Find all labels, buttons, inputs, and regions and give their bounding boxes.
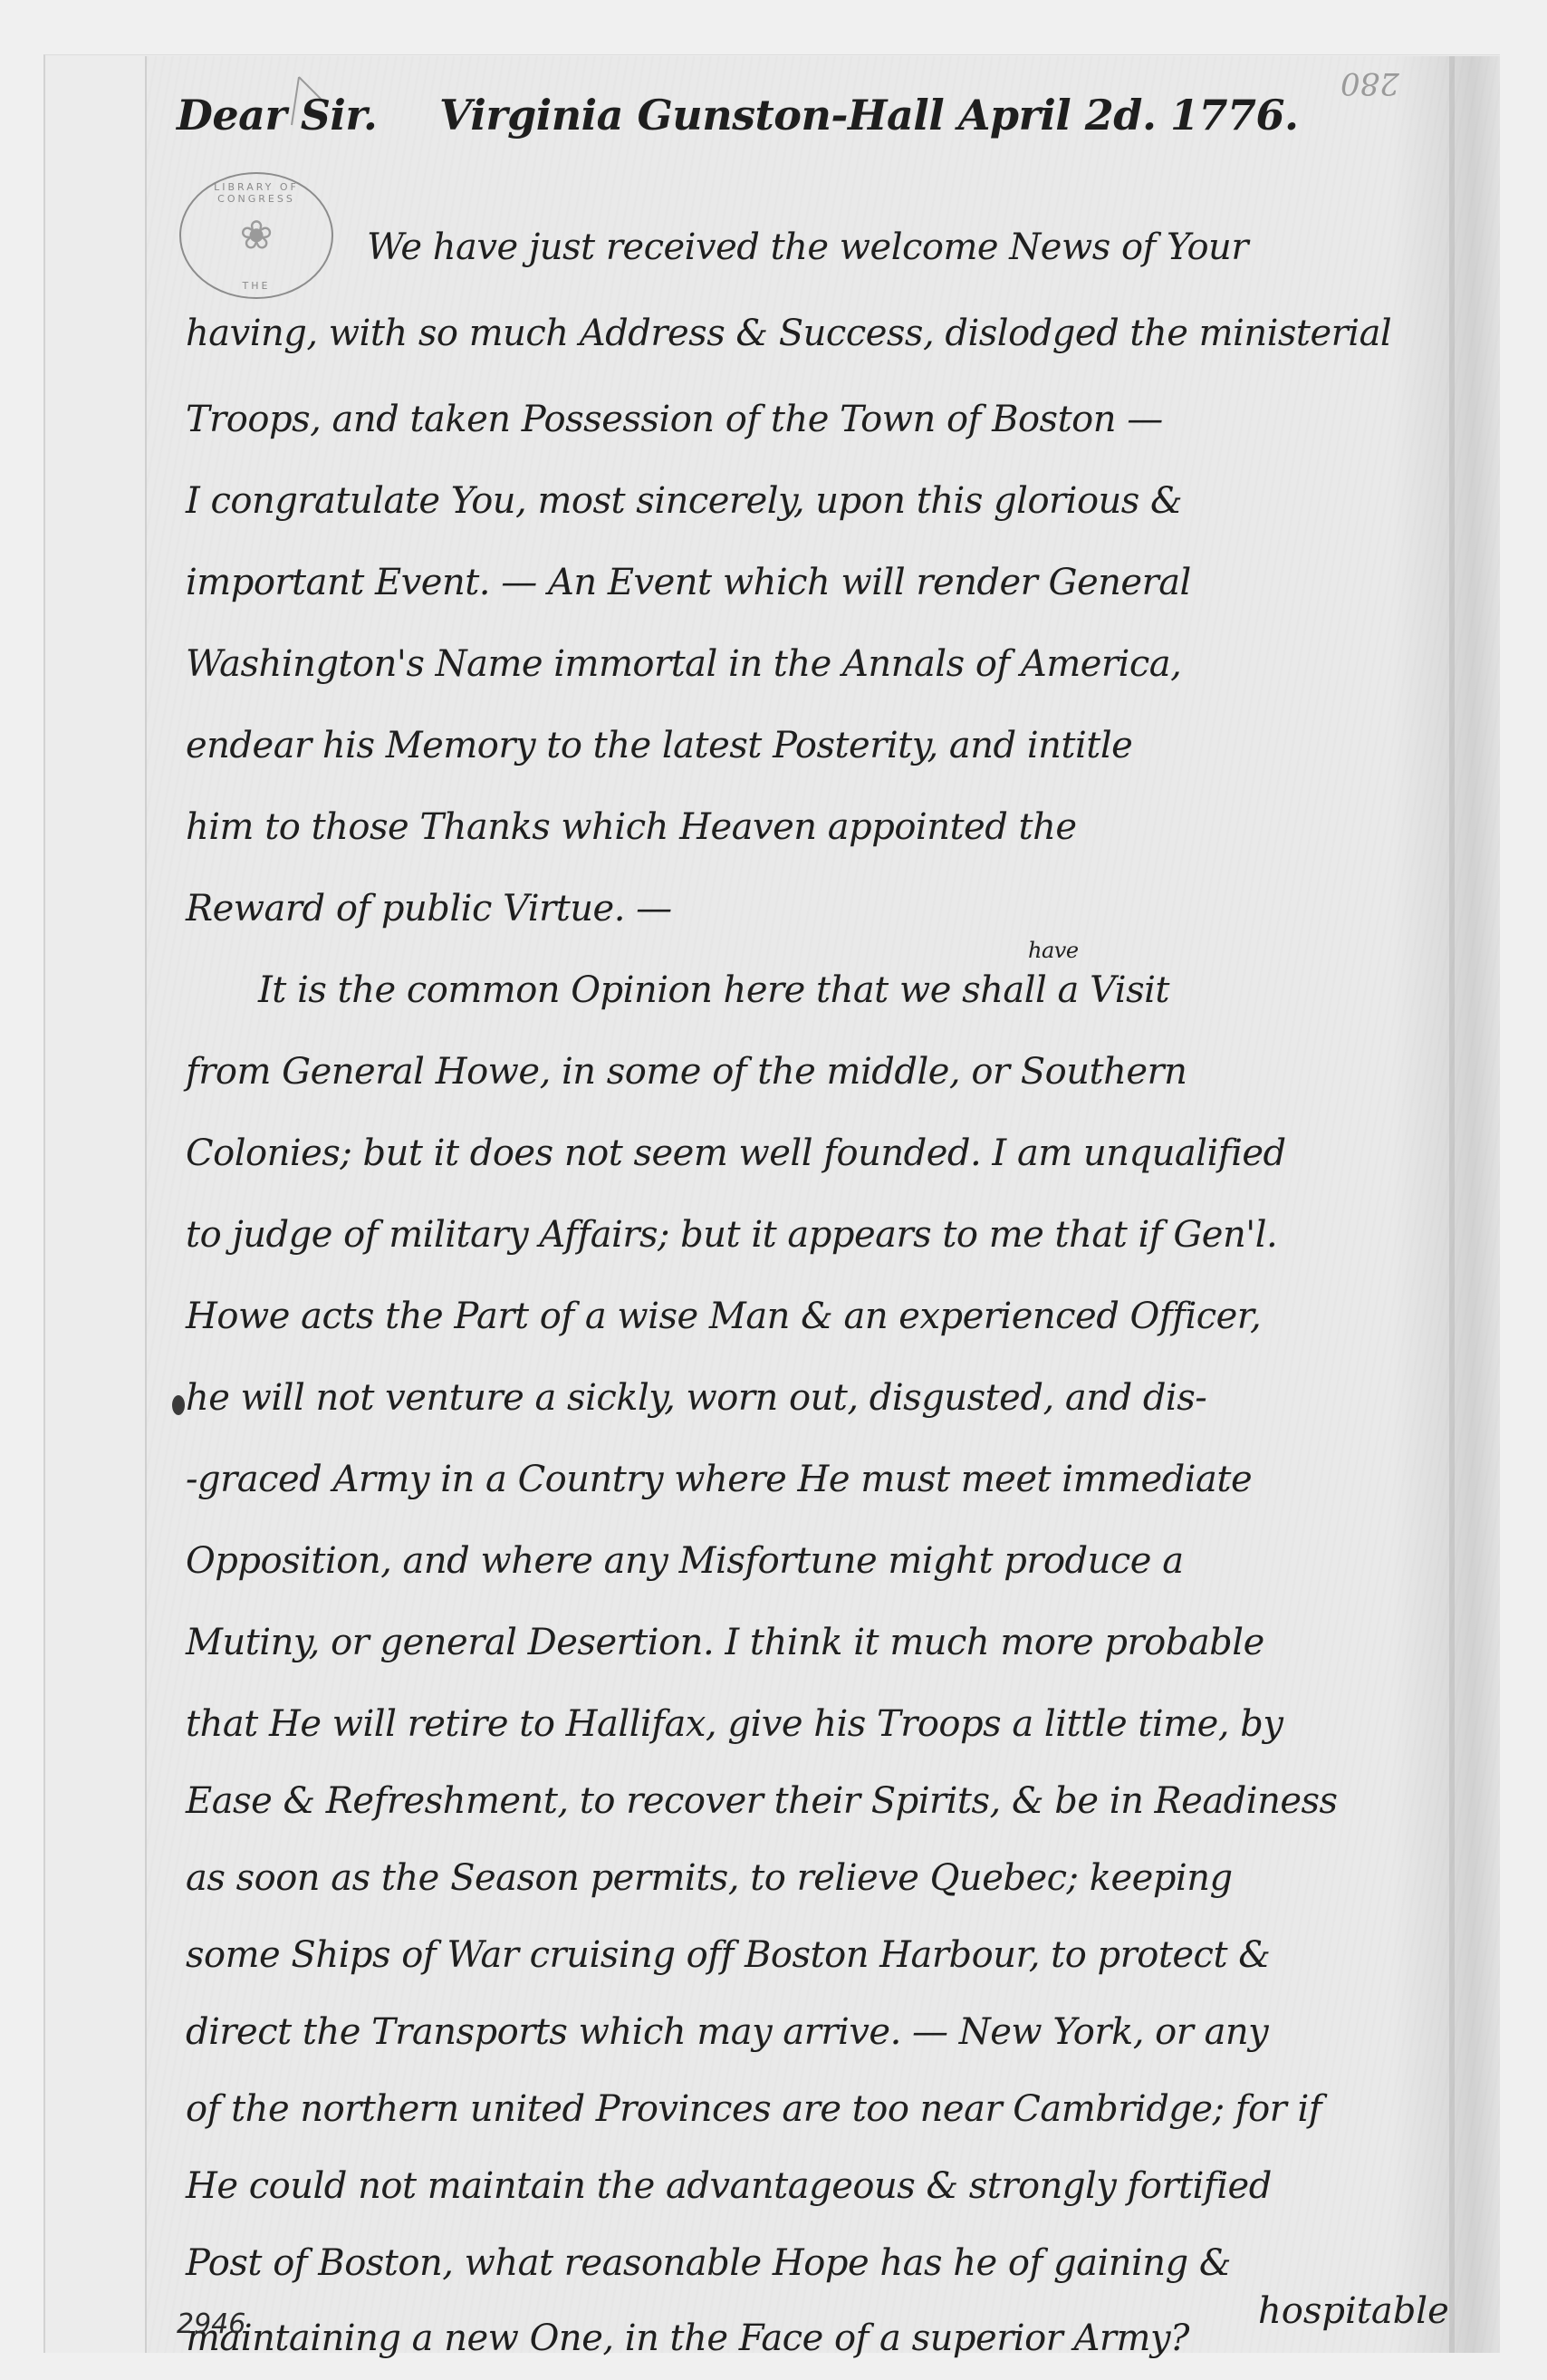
page-right-edge-shadow [1449, 56, 1455, 2353]
catchword: hospitable [1258, 2290, 1449, 2332]
letter-line: Howe acts the Part of a wise Man & an ex… [186, 1296, 1261, 1337]
letter-line: Post of Boston, what reasonable Hope has… [186, 2242, 1231, 2284]
letter-line: of the northern united Provinces are too… [186, 2088, 1321, 2130]
letter-line: Colonies; but it does not seem well foun… [186, 1132, 1286, 1174]
letter-line: Ease & Refreshment, to recover their Spi… [186, 1780, 1338, 1822]
letter-line: He could not maintain the advantageous &… [186, 2165, 1272, 2207]
folio-number: 280 [1340, 65, 1399, 101]
letter-line: endear his Memory to the latest Posterit… [186, 725, 1132, 766]
eagle-icon: ❀ [240, 213, 274, 259]
letter-line: to judge of military Affairs; but it app… [186, 1214, 1277, 1256]
letter-line: him to those Thanks which Heaven appoint… [186, 806, 1077, 848]
letter-line: Mutiny, or general Desertion. I think it… [186, 1622, 1264, 1663]
letter-line: as soon as the Season permits, to reliev… [186, 1857, 1233, 1899]
catalog-number: 2946 [177, 2308, 245, 2340]
letter-line: We have just received the welcome News o… [367, 226, 1248, 268]
library-stamp: LIBRARY OF CONGRESS ❀ THE [179, 172, 333, 299]
ink-blot [172, 1395, 185, 1415]
letter-line: maintaining a new One, in the Face of a … [186, 2317, 1189, 2359]
salutation: Dear Sir. [177, 91, 377, 140]
stamp-ring-text-bottom: THE [181, 280, 331, 292]
letter-line-text: It is the common Opinion here that we sh… [258, 969, 1169, 1011]
letter-line: Reward of public Virtue. — [186, 888, 672, 930]
letter-line: Opposition, and where any Misfortune mig… [186, 1540, 1184, 1582]
interlinear-insertion: have [1028, 938, 1079, 963]
letter-line: from General Howe, in some of the middle… [186, 1051, 1187, 1093]
letter-line: Troops, and taken Possession of the Town… [186, 399, 1163, 440]
letter-line: having, with so much Address & Success, … [186, 313, 1391, 354]
letter-line: Washington's Name immortal in the Annals… [186, 643, 1181, 685]
letter-line: direct the Transports which may arrive. … [186, 2011, 1268, 2053]
stamp-ring-text-top: LIBRARY OF CONGRESS [181, 181, 331, 205]
place-and-date: Virginia Gunston-Hall April 2d. 1776. [439, 91, 1299, 140]
letter-line: important Event. — An Event which will r… [186, 562, 1191, 603]
letter-line: he will not venture a sickly, worn out, … [186, 1377, 1206, 1419]
letter-line: some Ships of War cruising off Boston Ha… [186, 1934, 1270, 1976]
letter-line: It is the common Opinion here that we sh… [258, 969, 1169, 1011]
letter-line: I congratulate You, most sincerely, upon… [186, 480, 1182, 522]
letter-line: that He will retire to Hallifax, give hi… [186, 1703, 1283, 1745]
letter-line: -graced Army in a Country where He must … [186, 1459, 1252, 1500]
